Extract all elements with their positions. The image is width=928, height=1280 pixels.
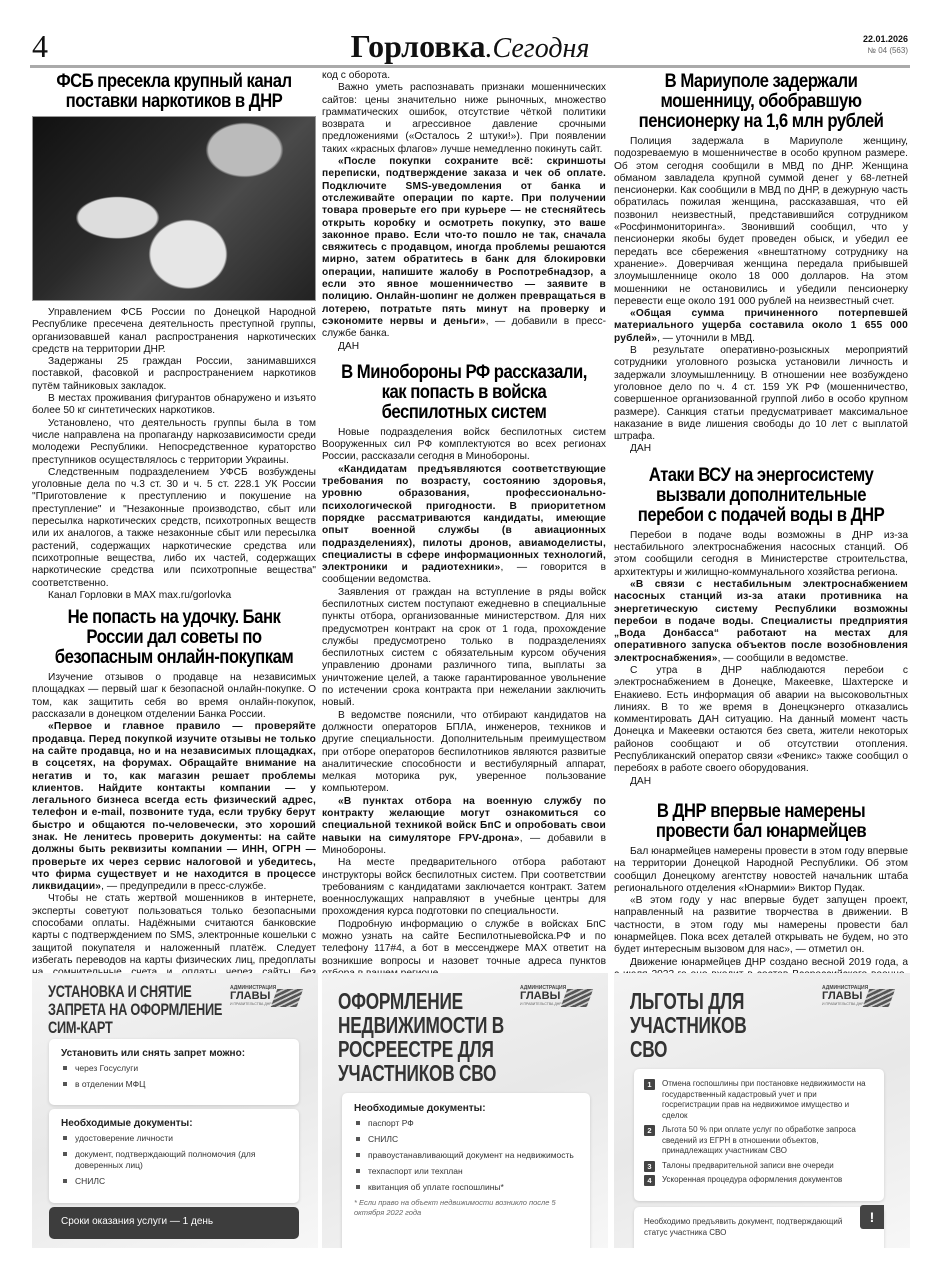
logo-dot: . bbox=[486, 33, 493, 64]
article-bank: Не попасть на удочку. Банк России дал со… bbox=[32, 608, 316, 1029]
administration-logo: АДМИНИСТРАЦИЯ ГЛАВЫ И ПРАВИТЕЛЬСТВА ДНР bbox=[822, 985, 892, 1013]
quote-paragraph: «Общая сумма причиненного потерпевшей ма… bbox=[614, 308, 908, 345]
footnote: * Если право на объект недвижимости возн… bbox=[354, 1198, 578, 1218]
channel-link[interactable]: Канал Горловки в MAX max.ru/gorlovka bbox=[32, 590, 316, 602]
paragraph: С утра в ДНР наблюдаются перебои с элект… bbox=[614, 665, 908, 776]
card-heading: Необходимые документы: bbox=[61, 1118, 287, 1129]
list-item: в отделении МФЦ bbox=[61, 1079, 287, 1090]
article-mod: В Минобороны РФ рассказали, как попасть … bbox=[322, 363, 606, 1066]
numbered-item: 2Льгота 50 % при оплате услуг по обработ… bbox=[644, 1125, 874, 1157]
info-card: Необходимые документы: паспорт РФ СНИЛС … bbox=[342, 1093, 590, 1248]
quote: «Первое и главное правило — проверяйте п… bbox=[32, 721, 316, 892]
list-item: СНИЛС bbox=[354, 1134, 578, 1145]
paragraph: «В этом году у нас впервые будет запущен… bbox=[614, 895, 908, 956]
paragraph: Бал юнармейцев намерены провести в этом … bbox=[614, 846, 908, 895]
article-water: Атаки ВСУ на энергосистему вызвали допол… bbox=[614, 466, 908, 788]
note-card: Необходимо предъявить документ, подтверж… bbox=[634, 1207, 884, 1248]
item-text: Отмена госпошлины при постановке недвижи… bbox=[662, 1079, 866, 1120]
article-mariupol: В Мариуполе задержали мошенницу, обобрав… bbox=[614, 72, 908, 456]
numbered-item: 3Талоны предварительной записи вне очере… bbox=[644, 1161, 874, 1172]
paragraph: На месте предварительного отбора работаю… bbox=[322, 857, 606, 918]
infographic-realty: Оформление недвижимости в Росреестре для… bbox=[322, 973, 608, 1248]
paragraph: Задержаны 25 граждан России, занимавшихс… bbox=[32, 356, 316, 393]
numbered-item: 4Ускоренная процедура оформления докумен… bbox=[644, 1175, 874, 1186]
list-item: СНИЛС bbox=[61, 1176, 287, 1187]
issue-number: № 04 (563) bbox=[867, 46, 908, 55]
signature: ДАН bbox=[322, 341, 606, 353]
number-badge: 2 bbox=[644, 1125, 655, 1136]
quote-paragraph: «В пунктах отбора на военную службу по к… bbox=[322, 796, 606, 857]
infographic-sim-cards: Установка и снятие запрета на оформление… bbox=[32, 973, 318, 1248]
list-item: через Госуслуги bbox=[61, 1063, 287, 1074]
paragraph: Полиция задержала в Мариуполе женщину, п… bbox=[614, 136, 908, 308]
paragraph-continued: код с оборота. bbox=[322, 70, 606, 82]
benefits-card: 1Отмена госпошлины при постановке недвиж… bbox=[634, 1069, 884, 1201]
column-2: код с оборота. Важно уметь распознавать … bbox=[322, 70, 606, 1066]
list-item: техпаспорт или техплан bbox=[354, 1166, 578, 1177]
photo-drug-packages-image bbox=[32, 116, 316, 301]
list-item: удостоверение личности bbox=[61, 1133, 287, 1144]
paragraph: В местах проживания фигурантов обнаружен… bbox=[32, 393, 316, 418]
quote-attribution: , — предупредили в пресс-службе. bbox=[101, 881, 266, 892]
column-1: ФСБ пресекла крупный канал поставки нарк… bbox=[32, 70, 316, 1029]
quote: «После покупки сохраните всё: скриншоты … bbox=[322, 156, 606, 327]
quote: «Кандидатам предъявляются соответствующи… bbox=[322, 464, 606, 573]
paragraph: Управлением ФСБ России по Донецкой Народ… bbox=[32, 307, 316, 356]
article-title: Атаки ВСУ на энергосистему вызвали допол… bbox=[623, 466, 899, 526]
item-text: Льгота 50 % при оплате услуг по обработк… bbox=[662, 1125, 856, 1155]
card-heading: Установить или снять запрет можно: bbox=[61, 1048, 287, 1059]
logo-main: Горловка bbox=[351, 28, 486, 64]
infographic-title: Установка и снятие запрета на оформление… bbox=[48, 983, 243, 1037]
paragraph: В ведомстве пояснили, что отбирают канди… bbox=[322, 710, 606, 796]
quote-paragraph: «Кандидатам предъявляются соответствующи… bbox=[322, 464, 606, 587]
article-title: В Мариуполе задержали мошенницу, обобрав… bbox=[623, 72, 899, 132]
newspaper-logo: Горловка.Сегодня bbox=[30, 28, 910, 65]
article-title: ФСБ пресекла крупный канал поставки нарк… bbox=[40, 72, 308, 112]
quote-paragraph: «После покупки сохраните всё: скриншоты … bbox=[322, 156, 606, 340]
article-title: Не попасть на удочку. Банк России дал со… bbox=[40, 608, 308, 668]
article-fsb: ФСБ пресекла крупный канал поставки нарк… bbox=[32, 72, 316, 602]
paragraph: Установлено, что деятельность группы был… bbox=[32, 418, 316, 467]
quote-attribution: , — сообщили в ведомстве. bbox=[718, 653, 849, 664]
paragraph: Следственным подразделением УФСБ возбужд… bbox=[32, 467, 316, 590]
info-card: Установить или снять запрет можно: через… bbox=[49, 1039, 299, 1105]
paragraph: Важно уметь распознавать признаки мошенн… bbox=[322, 82, 606, 156]
header-divider bbox=[30, 65, 910, 68]
administration-logo: АДМИНИСТРАЦИЯ ГЛАВЫ И ПРАВИТЕЛЬСТВА ДНР bbox=[230, 985, 300, 1013]
administration-logo: АДМИНИСТРАЦИЯ ГЛАВЫ И ПРАВИТЕЛЬСТВА ДНР bbox=[520, 985, 590, 1013]
quote-attribution: , — уточнили в МВД. bbox=[657, 333, 755, 344]
paragraph: Перебои в подаче воды возможны в ДНР из-… bbox=[614, 530, 908, 579]
list-item: правоустанавливающий документ на недвижи… bbox=[354, 1150, 578, 1161]
note-text: Необходимо предъявить документ, подтверж… bbox=[644, 1217, 850, 1238]
list-item: документ, подтверждающий полномочия (для… bbox=[61, 1149, 287, 1171]
article-title: В ДНР впервые намерены провести бал юнар… bbox=[623, 802, 899, 842]
item-text: Талоны предварительной записи вне очеред… bbox=[662, 1161, 834, 1170]
list-item: паспорт РФ bbox=[354, 1118, 578, 1129]
paragraph: Новые подразделения войск беспилотных си… bbox=[322, 427, 606, 464]
paragraph: Изучение отзывов о продавце на независим… bbox=[32, 672, 316, 721]
paragraph: В результате оперативно-розыскных меропр… bbox=[614, 345, 908, 443]
number-badge: 1 bbox=[644, 1079, 655, 1090]
signature: ДАН bbox=[614, 443, 908, 455]
signature: ДАН bbox=[614, 776, 908, 788]
number-badge: 3 bbox=[644, 1161, 655, 1172]
numbered-item: 1Отмена госпошлины при постановке недвиж… bbox=[644, 1079, 874, 1121]
issue-date: 22.01.2026 bbox=[863, 34, 908, 44]
info-card: Необходимые документы: удостоверение лич… bbox=[49, 1109, 299, 1203]
column-3: В Мариуполе задержали мошенницу, обобрав… bbox=[614, 70, 908, 1030]
logo-italic: Сегодня bbox=[493, 33, 590, 64]
infographic-benefits: Льготы для участников СВО АДМИНИСТРАЦИЯ … bbox=[614, 973, 910, 1248]
list-item: квитанция об уплате госпошлины* bbox=[354, 1182, 578, 1193]
quote: «В связи с нестабильным электроснабжение… bbox=[614, 579, 908, 664]
masthead: 4 Горловка.Сегодня 22.01.2026 № 04 (563) bbox=[30, 22, 910, 64]
infographic-title: Оформление недвижимости в Росреестре для… bbox=[338, 989, 511, 1085]
paragraph: Заявления от граждан на вступление в ряд… bbox=[322, 587, 606, 710]
quote-paragraph: «Первое и главное правило — проверяйте п… bbox=[32, 721, 316, 893]
card-heading: Необходимые документы: bbox=[354, 1103, 578, 1114]
article-title: В Минобороны РФ рассказали, как попасть … bbox=[330, 363, 598, 423]
quote-paragraph: «В связи с нестабильным электроснабжение… bbox=[614, 579, 908, 665]
exclamation-icon: ! bbox=[860, 1205, 884, 1229]
item-text: Ускоренная процедура оформления документ… bbox=[662, 1175, 842, 1184]
number-badge: 4 bbox=[644, 1175, 655, 1186]
infographics-row: Установка и снятие запрета на оформление… bbox=[30, 973, 910, 1273]
infographic-title: Льготы для участников СВО bbox=[630, 989, 780, 1061]
paragraph: Подробную информацию о службе в войсках … bbox=[322, 919, 606, 980]
service-time-bar: Сроки оказания услуги — 1 день bbox=[49, 1207, 299, 1239]
